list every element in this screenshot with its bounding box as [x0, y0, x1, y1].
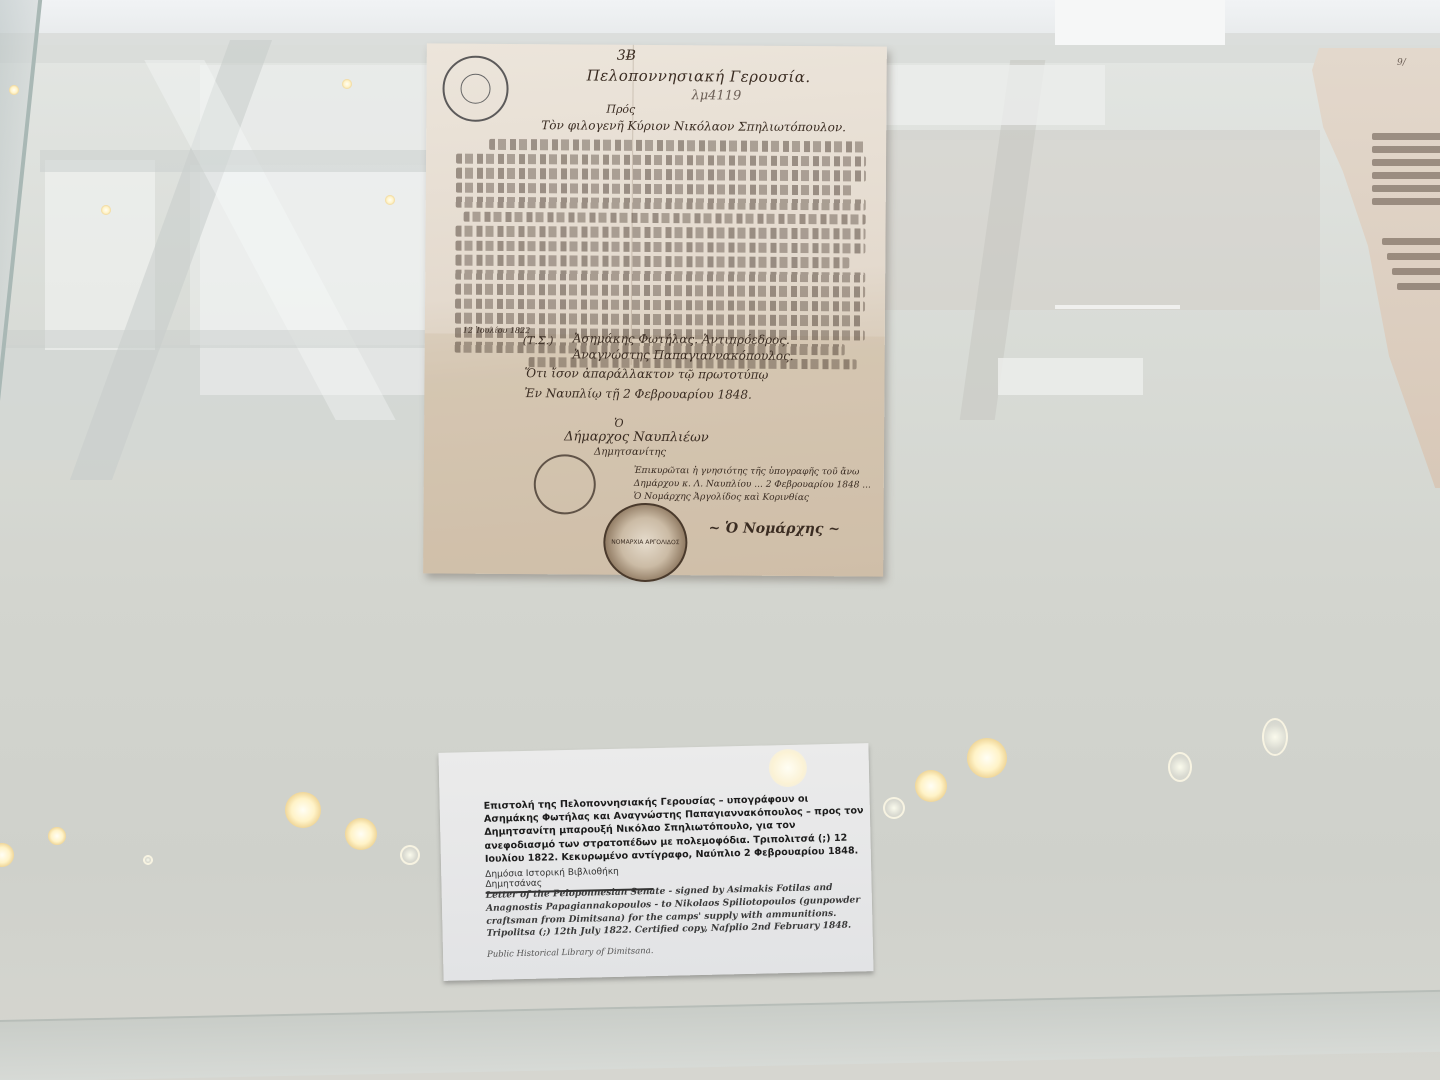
certification-line: Ὅτι ἴσον ἀπαράλλακτον τῷ πρωτοτύπῳ [525, 366, 769, 382]
light-reflection [9, 85, 19, 95]
reflection-wall-right [880, 140, 1320, 310]
spotlight-reflection [0, 843, 14, 867]
letter-date: 12 Ἰουλίου 1822 [463, 326, 530, 335]
seal-stamp-icon [442, 56, 508, 122]
reflection-skylight [1055, 0, 1225, 45]
spotlight-reflection [883, 797, 905, 819]
spotlight-reflection [400, 845, 420, 865]
seal-mark: (Τ.Σ.) [523, 334, 554, 347]
reflection-bar [40, 150, 440, 172]
spotlight-reflection [1168, 752, 1192, 782]
mayor-name: Δημητσανίτης [594, 447, 666, 459]
spotlight-reflection [48, 827, 66, 845]
display-case: 3Ƀ Πελοποννησιακή Γερουσία. λμ4119 Πρός … [0, 0, 1440, 1080]
municipal-stamp-icon [534, 454, 596, 514]
reflection-bar-right [880, 130, 1320, 140]
document-title: Πελοποννησιακή Γερουσία. [587, 67, 811, 87]
light-glare [768, 749, 807, 788]
salutation: Πρός [606, 103, 635, 116]
addressee: Τὸν φιλογενῆ Κύριον Νικόλαον Σπηλιωτόπου… [541, 118, 846, 134]
label-description-greek: Επιστολή της Πελοποννησιακής Γερουσίας –… [484, 791, 865, 866]
signature-fotilas: Ἀσημάκης Φωτήλας. Ἀντιπρόεδρος. [573, 331, 790, 347]
signature-papagiannakopoulos: Ἀναγνώστης Παπαγιαννακόπουλος. [573, 347, 794, 363]
article-mark: Ὁ [614, 417, 624, 430]
label-description-english: Letter of the Peloponnesian Senate - sig… [486, 881, 862, 941]
case-front-edge [0, 990, 1440, 1080]
authentication-note: Ἐπικυρῶται ἡ γνησιότης τῆς ὑπογραφῆς τοῦ… [634, 465, 874, 506]
historical-letter: 3Ƀ Πελοποννησιακή Γερουσία. λμ4119 Πρός … [423, 43, 887, 576]
spotlight-reflection [967, 738, 1007, 778]
spotlight-reflection [1262, 718, 1288, 756]
light-reflection [385, 195, 395, 205]
spotlight-reflection [285, 792, 321, 828]
spotlight-reflection [143, 855, 153, 865]
prefect-signature: ~ Ὁ Νομάρχης ~ [708, 520, 840, 537]
archive-reference: λμ4119 [691, 88, 741, 103]
mayor-title: Δήμαρχος Ναυπλιέων [564, 429, 709, 445]
light-reflection [101, 205, 111, 215]
adjacent-document: 9/ [1312, 48, 1440, 488]
document-number: 3Ƀ [617, 48, 636, 64]
spotlight-reflection [345, 818, 377, 850]
label-source-english: Public Historical Library of Dimitsana. [487, 946, 654, 960]
document-number: 9/ [1397, 58, 1406, 68]
exhibit-label: Επιστολή της Πελοποννησιακής Γερουσίας –… [438, 743, 873, 981]
spotlight-reflection [915, 770, 947, 802]
light-reflection [342, 79, 352, 89]
certification-date: Ἐν Ναυπλίῳ τῇ 2 Φεβρουαρίου 1848. [524, 386, 752, 402]
reflection-bar [0, 330, 440, 348]
reflection-line [1055, 305, 1180, 309]
reflection-window-lower [998, 358, 1143, 395]
wax-seal-icon: ΝΟΜΑΡΧΙΑ ΑΡΓΟΛΙΔΟΣ [603, 503, 688, 583]
reflection-window-right [880, 65, 1105, 125]
